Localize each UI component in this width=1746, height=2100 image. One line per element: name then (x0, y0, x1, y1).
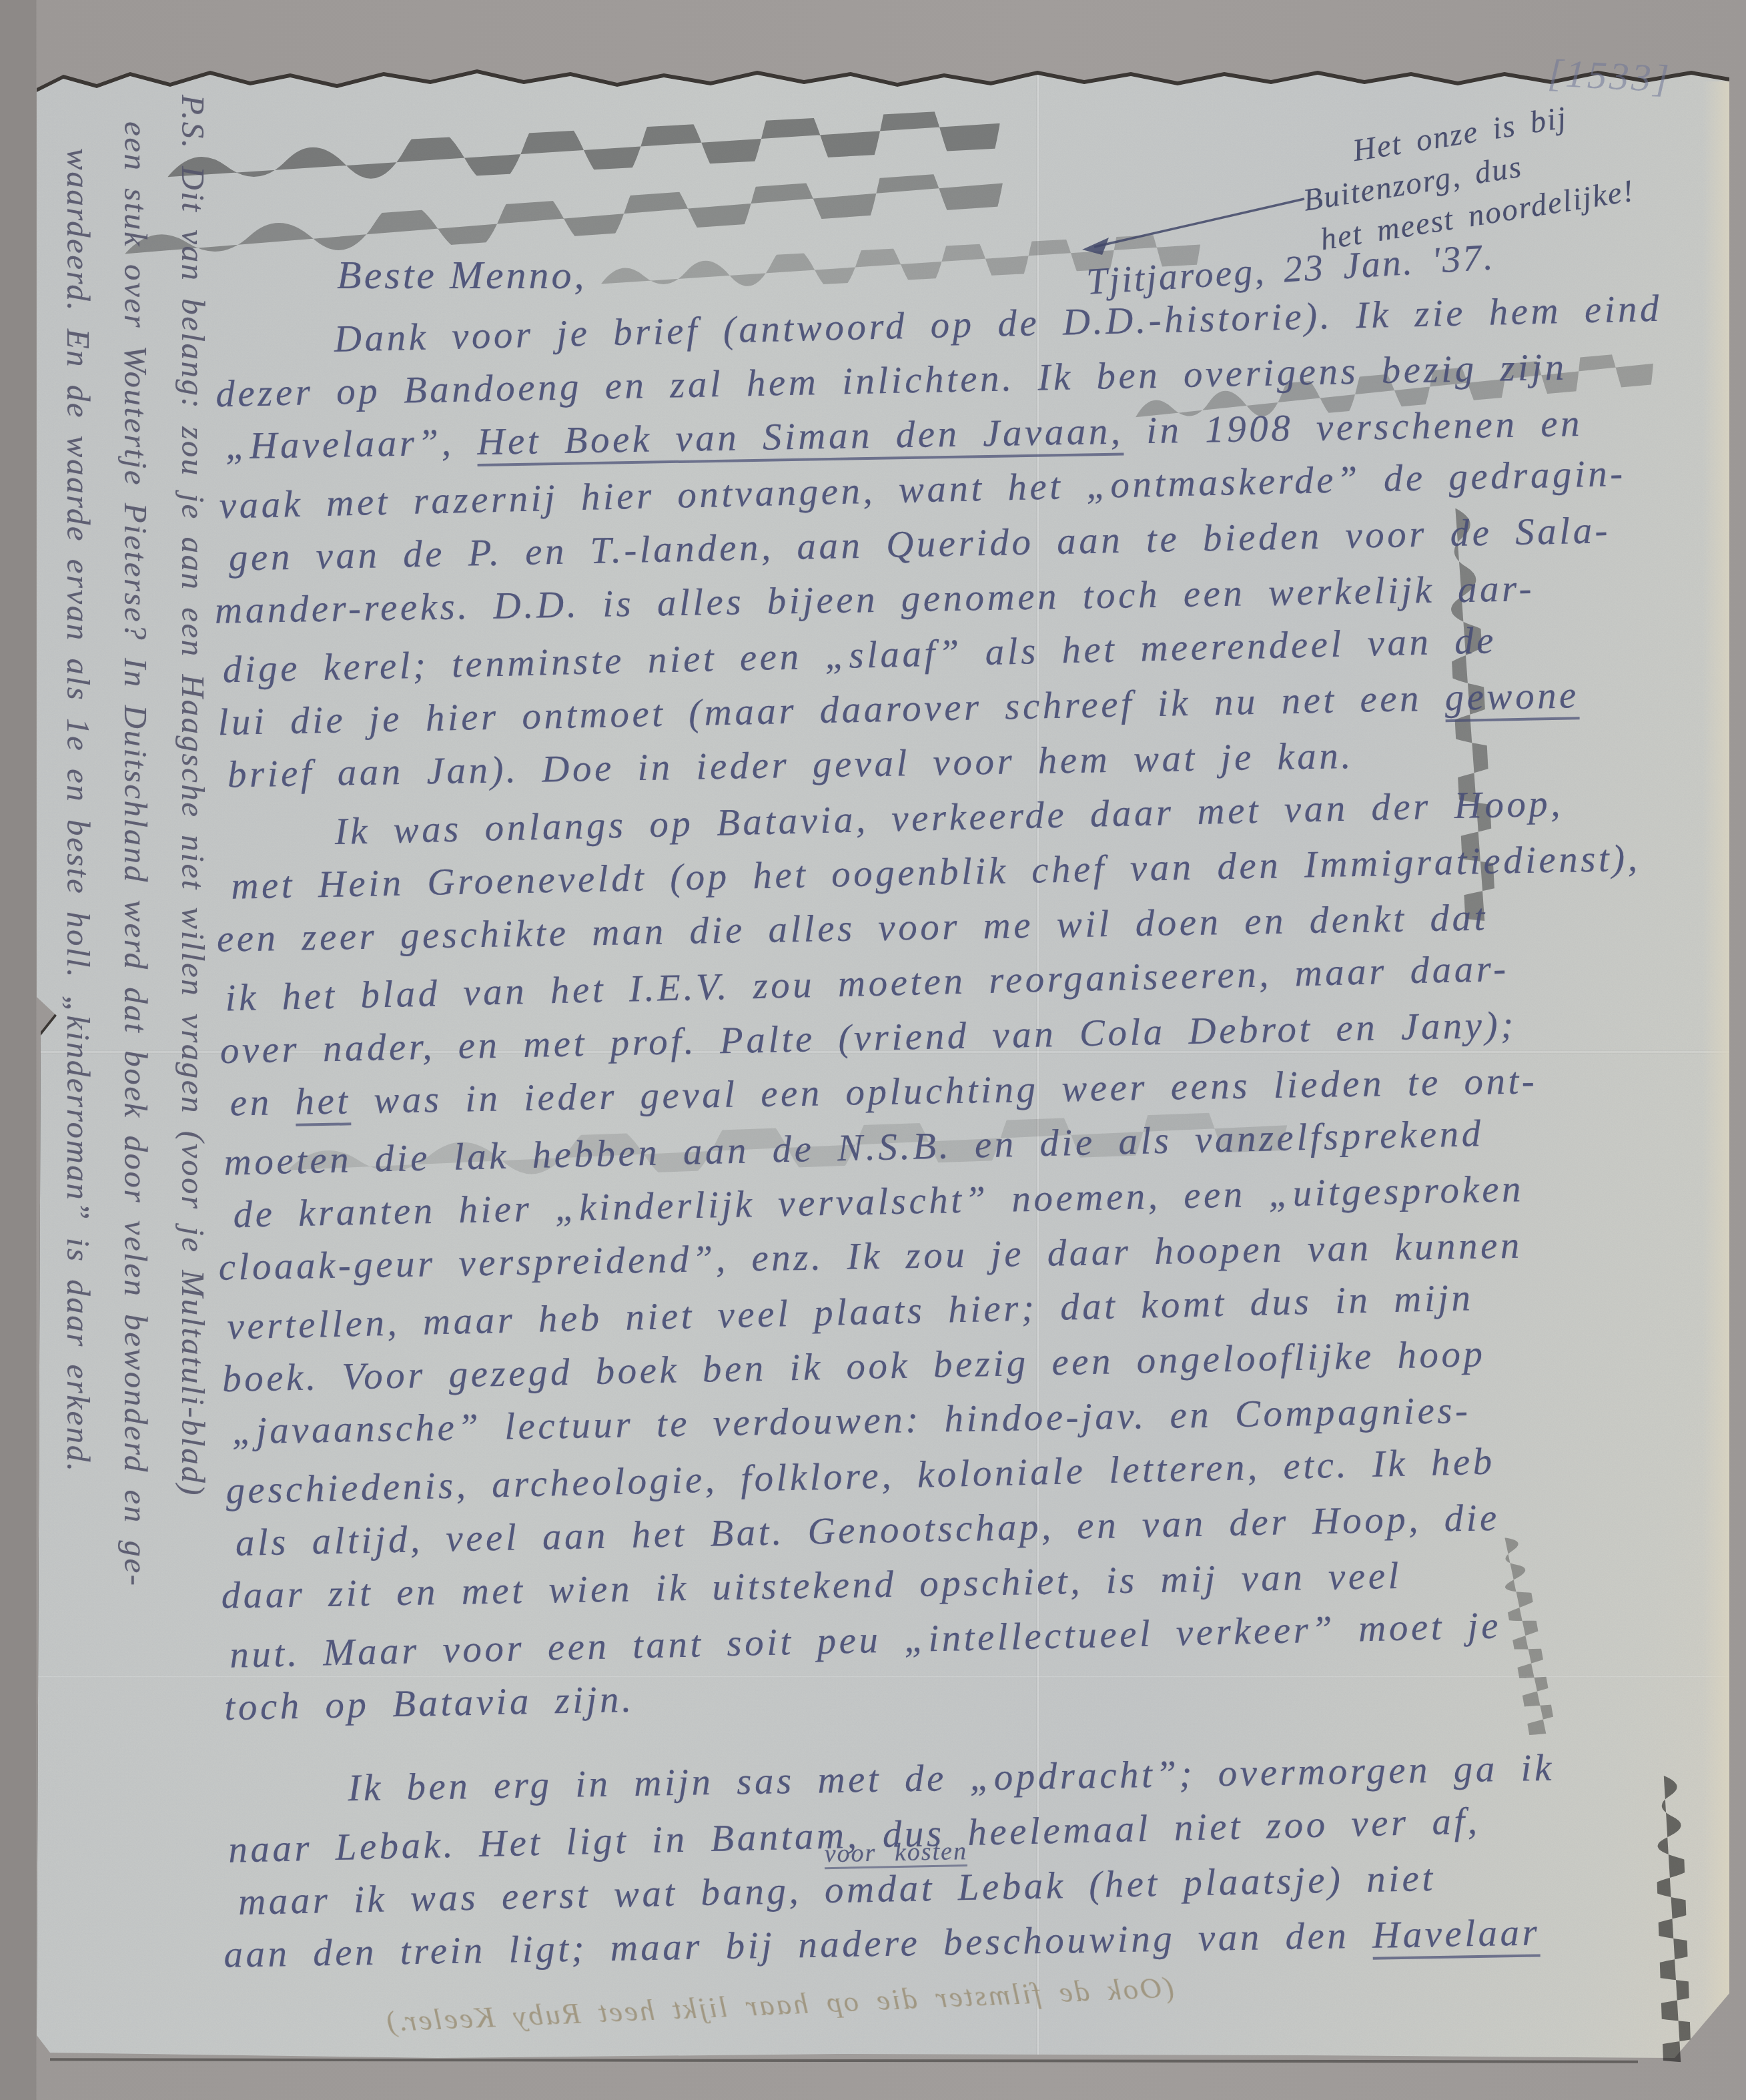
text-segment: in 1908 verschenen en (1123, 402, 1583, 452)
margin-ps-line: P.S. Dit van belang: zou je aan een Haag… (164, 95, 222, 2063)
interlinear-insertion: voor kosten (824, 1838, 967, 1869)
text-segment: „Havelaar”, (225, 421, 477, 467)
underlined-phrase: Het Boek van Siman den Javaan, (476, 410, 1123, 466)
margin-ps-line: een stuk over Woutertje Pieterse? In Dui… (107, 121, 164, 2063)
salutation: Beste Menno, (337, 252, 587, 298)
text-segment: toch op Batavia zijn. (224, 1678, 634, 1728)
scanned-letter-page: { "page": { "background_color": "#9c9896… (0, 0, 1746, 2100)
letter-body: Dank voor je brief (antwoord op de D.D.-… (220, 282, 1746, 1984)
text-segment: en (230, 1081, 296, 1124)
underlined-phrase: het (294, 1080, 350, 1126)
margin-postscript: P.S. Dit van belang: zou je aan een Haag… (49, 95, 222, 2063)
underlined-phrase: Havelaar (1372, 1911, 1540, 1959)
underlined-phrase: gewone (1444, 674, 1579, 722)
margin-ps-line: waardeerd. En de waarde ervan als 1e en … (49, 148, 107, 2063)
paper-bottom-edge (50, 2058, 1638, 2063)
